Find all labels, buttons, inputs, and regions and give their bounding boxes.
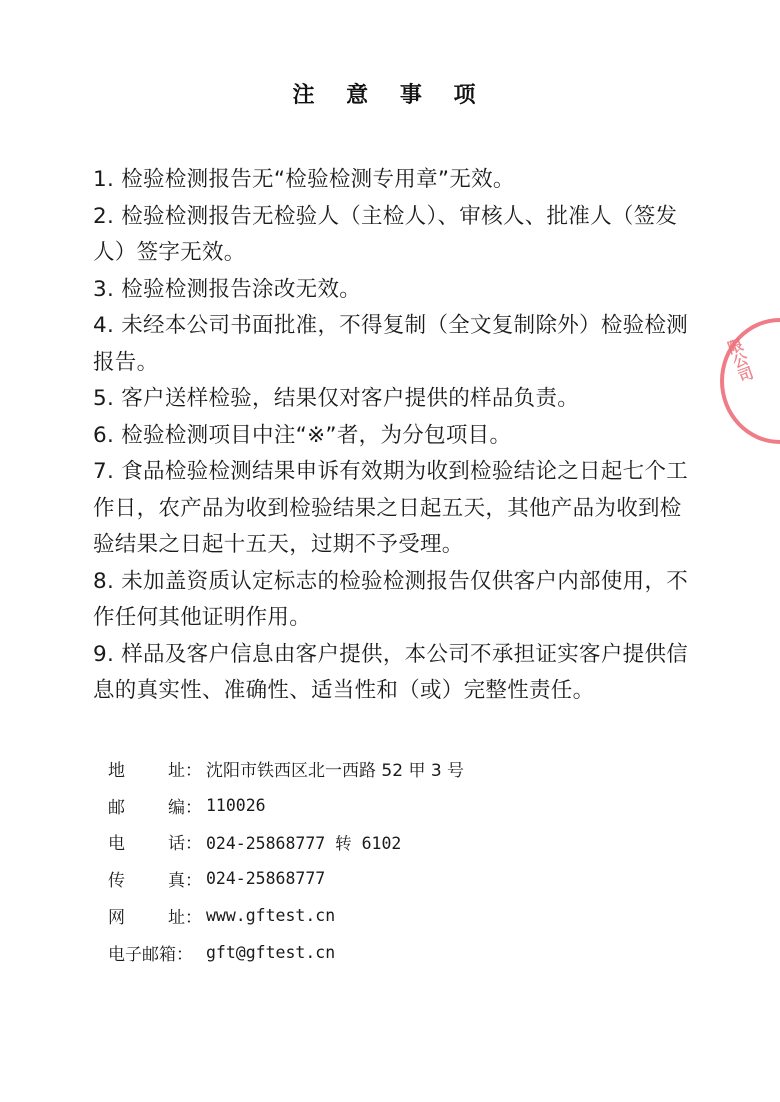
contact-value: 110026 <box>206 796 266 815</box>
contact-info: 地 址： 沈阳市铁西区北一西路 52 甲 3 号 邮 编： 110026 电 话… <box>108 750 464 971</box>
contact-label: 电 话： <box>108 829 206 854</box>
contact-value: 沈阳市铁西区北一西路 52 甲 3 号 <box>206 756 464 781</box>
contact-value: 024-25868777 <box>206 869 325 888</box>
contact-label: 邮 编： <box>108 793 206 818</box>
label-char: 电子邮箱 <box>108 940 176 965</box>
notice-item: 2. 检验检测报告无检验人（主检人）、审核人、批准人（签发人）签字无效。 <box>93 199 698 272</box>
contact-fax: 传 真： 024-25868777 <box>108 860 464 897</box>
contact-website-link[interactable]: www.gftest.cn <box>206 906 335 925</box>
notice-list: 1. 检验检测报告无“检验检测专用章”无效。 2. 检验检测报告无检验人（主检人… <box>93 162 698 710</box>
label-char: 邮 <box>108 793 168 818</box>
page-title: 注 意 事 项 <box>0 78 780 109</box>
notice-item: 3. 检验检测报告涂改无效。 <box>93 272 698 309</box>
label-char: 网 <box>108 903 168 928</box>
label-char: 地 <box>108 756 168 781</box>
notice-item: 8. 未加盖资质认定标志的检验检测报告仅供客户内部使用，不作任何其他证明作用。 <box>93 564 698 637</box>
notice-item: 5. 客户送样检验，结果仅对客户提供的样品负责。 <box>93 381 698 418</box>
label-char: 电 <box>108 829 168 854</box>
contact-address: 地 址： 沈阳市铁西区北一西路 52 甲 3 号 <box>108 750 464 787</box>
notice-item: 4. 未经本公司书面批准，不得复制（全文复制除外）检验检测报告。 <box>93 308 698 381</box>
contact-postcode: 邮 编： 110026 <box>108 787 464 824</box>
contact-value: 024-25868777 转 6102 <box>206 830 401 854</box>
notice-item: 7. 食品检验检测结果申诉有效期为收到检验结论之日起七个工作日，农产品为收到检验… <box>93 454 698 564</box>
notice-item: 6. 检验检测项目中注“※”者，为分包项目。 <box>93 418 698 455</box>
label-char: 址： <box>168 903 202 928</box>
red-seal-stamp <box>720 318 780 444</box>
notice-item: 9. 样品及客户信息由客户提供，本公司不承担证实客户提供信息的真实性、准确性、适… <box>93 637 698 710</box>
contact-label: 电子邮箱 ： <box>108 940 206 965</box>
label-char: 址： <box>168 756 202 781</box>
label-char: ： <box>176 940 193 965</box>
label-char: 话： <box>168 829 202 854</box>
contact-email: 电子邮箱 ： gft@gftest.cn <box>108 934 464 971</box>
contact-website: 网 址： www.gftest.cn <box>108 897 464 934</box>
contact-label: 网 址： <box>108 903 206 928</box>
label-char: 传 <box>108 866 168 891</box>
label-char: 真： <box>168 866 202 891</box>
contact-phone: 电 话： 024-25868777 转 6102 <box>108 824 464 861</box>
contact-label: 地 址： <box>108 756 206 781</box>
contact-label: 传 真： <box>108 866 206 891</box>
contact-email-link[interactable]: gft@gftest.cn <box>206 943 335 962</box>
label-char: 编： <box>168 793 202 818</box>
notice-item: 1. 检验检测报告无“检验检测专用章”无效。 <box>93 162 698 199</box>
